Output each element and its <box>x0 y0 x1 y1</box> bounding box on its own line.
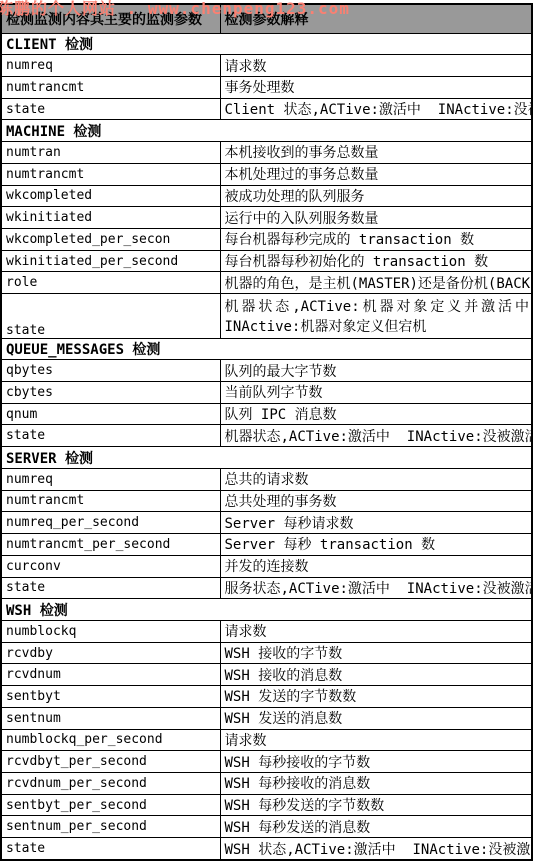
param-name: qnum <box>1 403 220 425</box>
header-row: 检测监测内容其主要的监测参数 检测参数解释 <box>1 4 532 33</box>
param-name: sentbyt_per_second <box>1 794 220 816</box>
param-description: WSH 接收的字节数 <box>220 642 532 664</box>
table-row: qbytes队列的最大字节数 <box>1 360 532 382</box>
param-name: sentnum_per_second <box>1 816 220 838</box>
param-description: 队列 IPC 消息数 <box>220 403 532 425</box>
table-row: wkinitiated运行中的入队列服务数量 <box>1 207 532 229</box>
table-row: state机器状态,ACTive:激活中 INActive:没被激活 <box>1 425 532 447</box>
param-description: WSH 发送的字节数数 <box>220 686 532 708</box>
table-row: numreq总共的请求数 <box>1 468 532 490</box>
param-description: 运行中的入队列服务数量 <box>220 207 532 229</box>
param-name: state <box>1 838 220 860</box>
param-name: cbytes <box>1 382 220 404</box>
document-page: 检测监测内容其主要的监测参数 检测参数解释 CLIENT 检测numreq请求数… <box>0 0 533 863</box>
header-col-params: 检测监测内容其主要的监测参数 <box>1 4 220 33</box>
table-row: sentnum_per_secondWSH 每秒发送的消息数 <box>1 816 532 838</box>
param-description: 请求数 <box>220 620 532 642</box>
param-name: wkcompleted <box>1 185 220 207</box>
param-description: 队列的最大字节数 <box>220 360 532 382</box>
param-name: sentbyt <box>1 686 220 708</box>
param-description: WSH 接收的消息数 <box>220 664 532 686</box>
param-description: 机器的角色，是主机(MASTER)还是备份机(BACKUP) <box>220 272 532 294</box>
param-description: 请求数 <box>220 55 532 77</box>
param-description: WSH 每秒接收的字节数 <box>220 751 532 773</box>
section-row: MACHINE 检测 <box>1 120 532 142</box>
param-name: numtran <box>1 142 220 164</box>
param-name: rcvdbyt_per_second <box>1 751 220 773</box>
table-header: 检测监测内容其主要的监测参数 检测参数解释 <box>1 4 532 33</box>
param-name: numreq_per_second <box>1 512 220 534</box>
param-name: curconv <box>1 555 220 577</box>
table-row: numtran本机接收到的事务总数量 <box>1 142 532 164</box>
param-name: numtrancmt <box>1 490 220 512</box>
table-row: curconv并发的连接数 <box>1 555 532 577</box>
header-col-explanation: 检测参数解释 <box>220 4 532 33</box>
param-name: role <box>1 272 220 294</box>
param-description: 事务处理数 <box>220 76 532 98</box>
param-description: 每台机器每秒初始化的 transaction 数 <box>220 250 532 272</box>
param-description: WSH 每秒发送的消息数 <box>220 816 532 838</box>
section-label: CLIENT 检测 <box>1 33 532 55</box>
table-row: wkinitiated_per_second每台机器每秒初始化的 transac… <box>1 250 532 272</box>
table-row: stateClient 状态,ACTive:激活中 INActive:没被激活 <box>1 98 532 120</box>
section-row: CLIENT 检测 <box>1 33 532 55</box>
section-label: MACHINE 检测 <box>1 120 532 142</box>
desc-line: 机器状态,ACTive:机器对象定义并激活中 <box>225 296 530 316</box>
param-description: WSH 发送的消息数 <box>220 707 532 729</box>
param-description: Client 状态,ACTive:激活中 INActive:没被激活 <box>220 98 532 120</box>
table-row: rcvdnumWSH 接收的消息数 <box>1 664 532 686</box>
param-name: wkinitiated <box>1 207 220 229</box>
table-row: numblockq_per_second请求数 <box>1 729 532 751</box>
param-description: WSH 状态,ACTive:激活中 INActive:没被激活 <box>220 838 532 860</box>
param-name: numblockq <box>1 620 220 642</box>
param-name: state <box>1 98 220 120</box>
table-row: state服务状态,ACTive:激活中 INActive:没被激活 <box>1 577 532 599</box>
param-name: qbytes <box>1 360 220 382</box>
param-description: WSH 每秒接收的消息数 <box>220 772 532 794</box>
section-row: QUEUE_MESSAGES 检测 <box>1 338 532 360</box>
param-name: rcvdby <box>1 642 220 664</box>
param-description: 当前队列字节数 <box>220 382 532 404</box>
param-description: 并发的连接数 <box>220 555 532 577</box>
table-row: wkcompleted_per_secon每台机器每秒完成的 transacti… <box>1 228 532 250</box>
table-row: sentbyt_per_secondWSH 每秒发送的字节数数 <box>1 794 532 816</box>
param-name: numtrancmt_per_second <box>1 534 220 556</box>
table-row: numtrancmt本机处理过的事务总数量 <box>1 163 532 185</box>
param-description: 被成功处理的队列服务 <box>220 185 532 207</box>
param-name: rcvdnum_per_second <box>1 772 220 794</box>
table-body: CLIENT 检测numreq请求数numtrancmt事务处理数stateCl… <box>1 33 532 860</box>
section-label: QUEUE_MESSAGES 检测 <box>1 338 532 360</box>
param-name: wkinitiated_per_second <box>1 250 220 272</box>
table-row: sentbytWSH 发送的字节数数 <box>1 686 532 708</box>
param-description: 请求数 <box>220 729 532 751</box>
table-row: numreq_per_secondServer 每秒请求数 <box>1 512 532 534</box>
param-name: numreq <box>1 55 220 77</box>
table-row: rcvdbyt_per_secondWSH 每秒接收的字节数 <box>1 751 532 773</box>
param-description: 服务状态,ACTive:激活中 INActive:没被激活 <box>220 577 532 599</box>
section-row: SERVER 检测 <box>1 447 532 469</box>
param-name: state <box>1 425 220 447</box>
param-name: sentnum <box>1 707 220 729</box>
table-row: numtrancmt总共处理的事务数 <box>1 490 532 512</box>
param-name: wkcompleted_per_secon <box>1 228 220 250</box>
table-row: wkcompleted被成功处理的队列服务 <box>1 185 532 207</box>
param-description: 每台机器每秒完成的 transaction 数 <box>220 228 532 250</box>
param-name: state <box>1 577 220 599</box>
table-row: state机器状态,ACTive:机器对象定义并激活中INActive:机器对象… <box>1 294 532 338</box>
param-description: 本机接收到的事务总数量 <box>220 142 532 164</box>
section-row: WSH 检测 <box>1 599 532 621</box>
param-description: Server 每秒 transaction 数 <box>220 534 532 556</box>
table-row: cbytes当前队列字节数 <box>1 382 532 404</box>
param-description: WSH 每秒发送的字节数数 <box>220 794 532 816</box>
param-description: 总共处理的事务数 <box>220 490 532 512</box>
section-label: SERVER 检测 <box>1 447 532 469</box>
table-row: numblockq请求数 <box>1 620 532 642</box>
table-row: qnum队列 IPC 消息数 <box>1 403 532 425</box>
param-name: numreq <box>1 468 220 490</box>
section-label: WSH 检测 <box>1 599 532 621</box>
desc-line: INActive:机器对象定义但宕机 <box>225 316 530 336</box>
param-name: numtrancmt <box>1 163 220 185</box>
param-description: 总共的请求数 <box>220 468 532 490</box>
table-row: rcvdnum_per_secondWSH 每秒接收的消息数 <box>1 772 532 794</box>
param-description: 机器状态,ACTive:激活中 INActive:没被激活 <box>220 425 532 447</box>
param-description: Server 每秒请求数 <box>220 512 532 534</box>
param-description: 机器状态,ACTive:机器对象定义并激活中INActive:机器对象定义但宕机 <box>220 294 532 338</box>
param-name: numblockq_per_second <box>1 729 220 751</box>
table-row: numtrancmt事务处理数 <box>1 76 532 98</box>
monitor-params-table: 检测监测内容其主要的监测参数 检测参数解释 CLIENT 检测numreq请求数… <box>0 3 533 861</box>
table-row: sentnumWSH 发送的消息数 <box>1 707 532 729</box>
table-row: rcvdbyWSH 接收的字节数 <box>1 642 532 664</box>
table-row: numreq请求数 <box>1 55 532 77</box>
param-name: rcvdnum <box>1 664 220 686</box>
param-description: 本机处理过的事务总数量 <box>220 163 532 185</box>
table-row: stateWSH 状态,ACTive:激活中 INActive:没被激活 <box>1 838 532 860</box>
param-name: numtrancmt <box>1 76 220 98</box>
param-name: state <box>1 294 220 338</box>
table-row: numtrancmt_per_secondServer 每秒 transacti… <box>1 534 532 556</box>
table-row: role机器的角色，是主机(MASTER)还是备份机(BACKUP) <box>1 272 532 294</box>
